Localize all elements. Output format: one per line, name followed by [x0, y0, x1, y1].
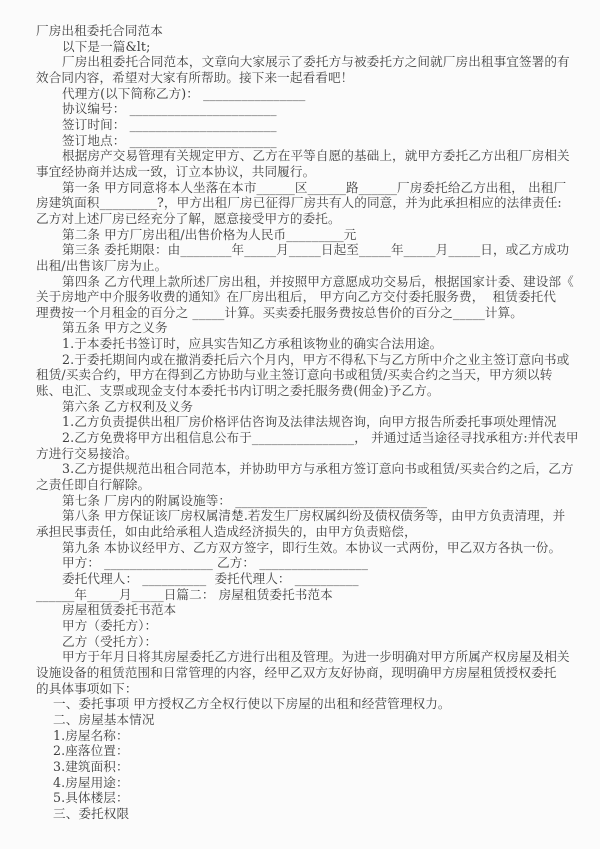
party-a-line: 甲方（委托方）：: [36, 618, 572, 634]
document-line: 3.建筑面积：: [36, 759, 572, 775]
document-subtitle: 房屋租赁委托书范本: [36, 602, 572, 618]
document-line: 账、电汇、支票或现金支付本委托书内订明之委托服务费(佣金)予乙方。: [36, 383, 572, 399]
clause-6-line: 第六条 乙方权利及义务: [36, 399, 572, 415]
contract-document: 厂房出租委托合同范本 以下是一篇&lt; 厂房出租委托合同范本，文章向大家展示了…: [0, 0, 600, 821]
document-line: 甲方于年月日将其房屋委托乙方进行出租及管理。为进一步明确对甲方所属产权房屋及相关: [36, 649, 572, 665]
document-line: 出租/出售该厂房为止。: [36, 258, 572, 274]
section-2-line: 二、房屋基本情况: [36, 712, 572, 728]
clause-8-line: 第八条 甲方保证该厂房权属清楚.若发生厂房权属纠纷及债权债务等，由甲方负责清理，…: [36, 508, 572, 524]
document-line: 2.乙方免费将甲方出租信息公布于________________， 并通过适当途…: [36, 430, 572, 446]
agent-signature-line: 委托代理人： __________ 委托代理人： __________: [36, 571, 572, 587]
document-title: 厂房出租委托合同范本: [36, 23, 572, 39]
document-line: 1.于本委托书签订时，应具实告知乙方承租该物业的确实合法用途。: [36, 336, 572, 352]
document-line: 4.房屋用途：: [36, 775, 572, 791]
clause-4-line: 第四条 乙方代理上款所述厂房出租，并按照甲方意愿成功交易后，根据国家计委、建设部…: [36, 274, 572, 290]
document-line: 设施设备的租赁范围和日常管理的内容，经甲乙双方友好协商，现明确甲方房屋租赁授权委…: [36, 665, 572, 681]
document-line: 以下是一篇&lt;: [36, 39, 572, 55]
document-line: 乙方对上述厂房已经充分了解，愿意接受甲方的委托。: [36, 211, 572, 227]
section-1-line: 一、委托事项 甲方授权乙方全权行使以下房屋的出租和经营管理权力。: [36, 696, 572, 712]
page: { "page": { "background": "#fbfbfb", "te…: [0, 0, 600, 849]
document-line: 方进行交易接洽。: [36, 446, 572, 462]
document-line: 之责任即自行解除。: [36, 477, 572, 493]
document-line: 承担民事责任，如由此给承租人造成经济损失的，由甲方负责赔偿，: [36, 524, 572, 540]
document-line: 5.具体楼层：: [36, 790, 572, 806]
clause-2-line: 第二条 甲方厂房出租/出售价格为人民币_________元: [36, 227, 572, 243]
party-b-line: 乙方（受托方）：: [36, 634, 572, 650]
clause-7-line: 第七条 厂房内的附属设施等： _________________________…: [36, 493, 572, 509]
document-line: 理费按一个月租金的百分之 _____计算。买卖委托服务费按总售价的百分之____…: [36, 305, 572, 321]
document-line: 房建筑面积_________?，甲方出租厂房已征得厂房共有人的同意，并为此承担相…: [36, 195, 572, 211]
agreement-number-field-line: 协议编号： _______________________: [36, 101, 572, 117]
document-line: 3.乙方提供规范出租合同范本，并协助甲方与承租方签订意向书或租赁/买卖合约之后，…: [36, 461, 572, 477]
clause-3-line: 第三条 委托期限：由________年_____月_____日起至_____年_…: [36, 242, 572, 258]
signing-place-field-line: 签订地点： _______________________: [36, 133, 572, 149]
document-line: 1.房屋名称：: [36, 728, 572, 744]
clause-1-line: 第一条 甲方同意将本人坐落在本市______区______路______厂房委托…: [36, 180, 572, 196]
document-line: 2.于委托期间内或在撤消委托后六个月内，甲方不得私下与乙方所中介之业主签订意向书…: [36, 352, 572, 368]
clause-9-line: 第九条 本协议经甲方、乙方双方签字，即行生效。本协议一式两份，甲乙双方各执一份。: [36, 540, 572, 556]
document-line: 效合同内容，希望对大家有所帮助。接下来一起看看吧！: [36, 70, 572, 86]
agent-field-line: 代理方(以下简称乙方)： ________________: [36, 86, 572, 102]
document-line: 1.乙方负责提供出租厂房价格评估咨询及法律法规咨询，向甲方报告所委托事项处理情况: [36, 414, 572, 430]
document-line: 事宜经协商并达成一致，订立本协议，共同履行。: [36, 164, 572, 180]
signature-line: 甲方： _________________ 乙方： ______________…: [36, 555, 572, 571]
document-line: 厂房出租委托合同范本，文章向大家展示了委托方与被委托方之间就厂房出租事宜签署的有: [36, 54, 572, 70]
section-3-line: 三、委托权限: [36, 806, 572, 822]
signing-date-field-line: 签订时间： _______________________: [36, 117, 572, 133]
document-line: 的具体事项如下：: [36, 681, 572, 697]
clause-5-line: 第五条 甲方之义务: [36, 320, 572, 336]
date-line: ______年_____月_____日篇二： 房屋租赁委托书范本: [36, 587, 572, 603]
document-line: 关于房地产中介服务收费的通知》在厂房出租后， 甲方向乙方交付委托服务费， 租赁委…: [36, 289, 572, 305]
document-line: 2.座落位置：: [36, 743, 572, 759]
document-line: 租赁/买卖合约，甲方在得到乙方协助与业主签订意向书或租赁/买卖合约之当天，甲方须…: [36, 367, 572, 383]
document-line: 根据房产交易管理有关规定甲方、乙方在平等自愿的基础上，就甲方委托乙方出租厂房相关: [36, 148, 572, 164]
